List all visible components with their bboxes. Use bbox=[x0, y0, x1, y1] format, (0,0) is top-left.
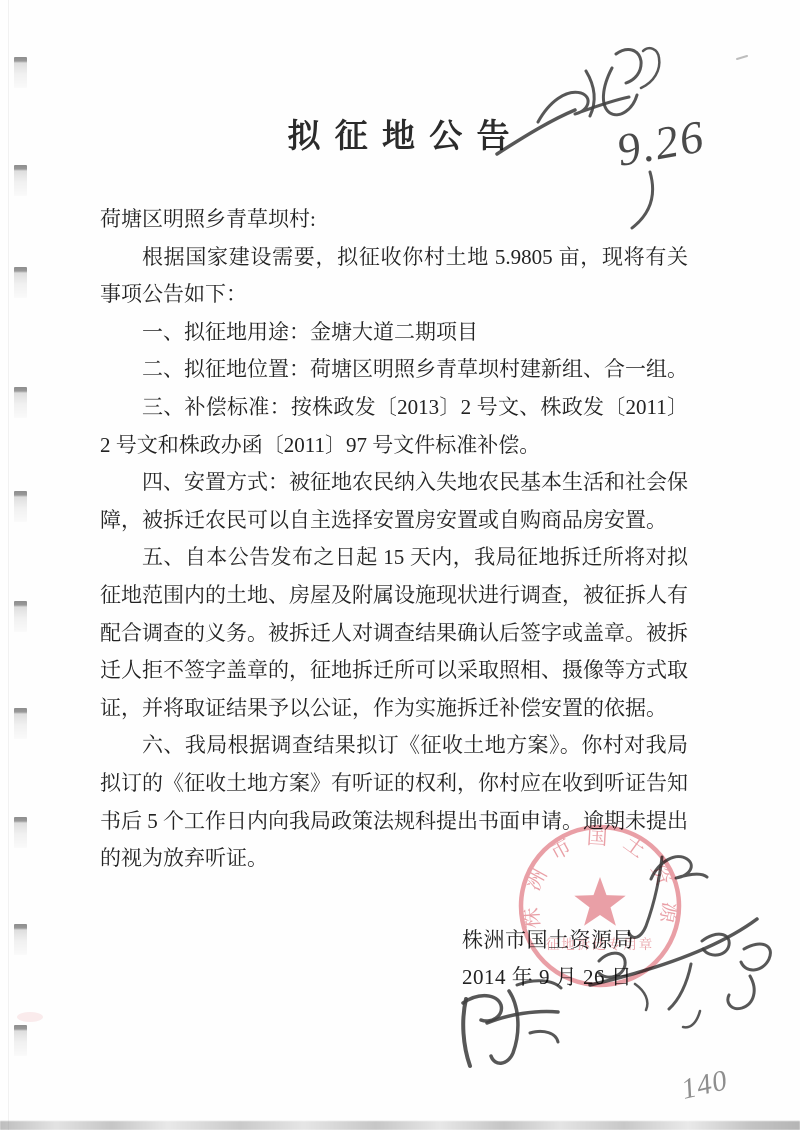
notice-paragraph: 根据国家建设需要，拟征收你村土地 5.9805 亩，现将有关事项公告如下： bbox=[100, 239, 688, 314]
issuer-name: 株洲市国土资源局 bbox=[462, 924, 634, 954]
notice-body: 荷塘区明照乡青草坝村: 根据国家建设需要，拟征收你村土地 5.9805 亩，现将… bbox=[100, 201, 688, 878]
salutation: 荷塘区明照乡青草坝村: bbox=[100, 201, 688, 239]
binder-hole-mark bbox=[14, 601, 27, 632]
scan-edge-shadow bbox=[0, 1121, 800, 1130]
document-page: 拟 征 地 公 告 荷塘区明照乡青草坝村: 根据国家建设需要，拟征收你村土地 5… bbox=[0, 0, 800, 1130]
notice-paragraph: 一、拟征地用途：金塘大道二期项目 bbox=[100, 314, 688, 352]
notice-title: 拟 征 地 公 告 bbox=[0, 110, 800, 157]
notice-paragraph: 五、自本公告发布之日起 15 天内，我局征地拆迁所将对拟征地范围内的土地、房屋及… bbox=[100, 539, 688, 727]
binder-hole-mark bbox=[14, 387, 27, 418]
binder-hole-mark bbox=[14, 165, 27, 196]
binder-hole-mark bbox=[14, 924, 27, 955]
seal-star-icon bbox=[574, 877, 625, 926]
binder-hole-mark bbox=[14, 267, 27, 298]
notice-paragraph: 六、我局根据调查结果拟订《征收土地方案》。你村对我局拟订的《征收土地方案》有听证… bbox=[100, 727, 688, 877]
binder-hole-mark bbox=[14, 491, 27, 522]
official-signature-bottom bbox=[463, 981, 561, 1066]
ink-smudge bbox=[17, 1012, 43, 1022]
binder-hole-mark bbox=[14, 1025, 27, 1056]
notice-paragraph: 四、安置方式：被征地农民纳入失地农民基本生活和社会保障，被拆迁农民可以自主选择安… bbox=[100, 464, 688, 539]
issue-date: 2014 年 9 月 26 日 bbox=[462, 961, 632, 991]
binder-hole-mark bbox=[14, 817, 27, 848]
notice-paragraph: 二、拟征地位置：荷塘区明照乡青草坝村建新组、合一组。 bbox=[100, 351, 688, 389]
notice-paragraph: 三、补偿标准：按株政发〔2013〕2 号文、株政发〔2011〕2 号文和株政办函… bbox=[100, 389, 688, 464]
binder-hole-mark bbox=[14, 708, 27, 739]
binder-hole-mark bbox=[14, 57, 27, 88]
page-number: 140 bbox=[678, 1064, 731, 1106]
